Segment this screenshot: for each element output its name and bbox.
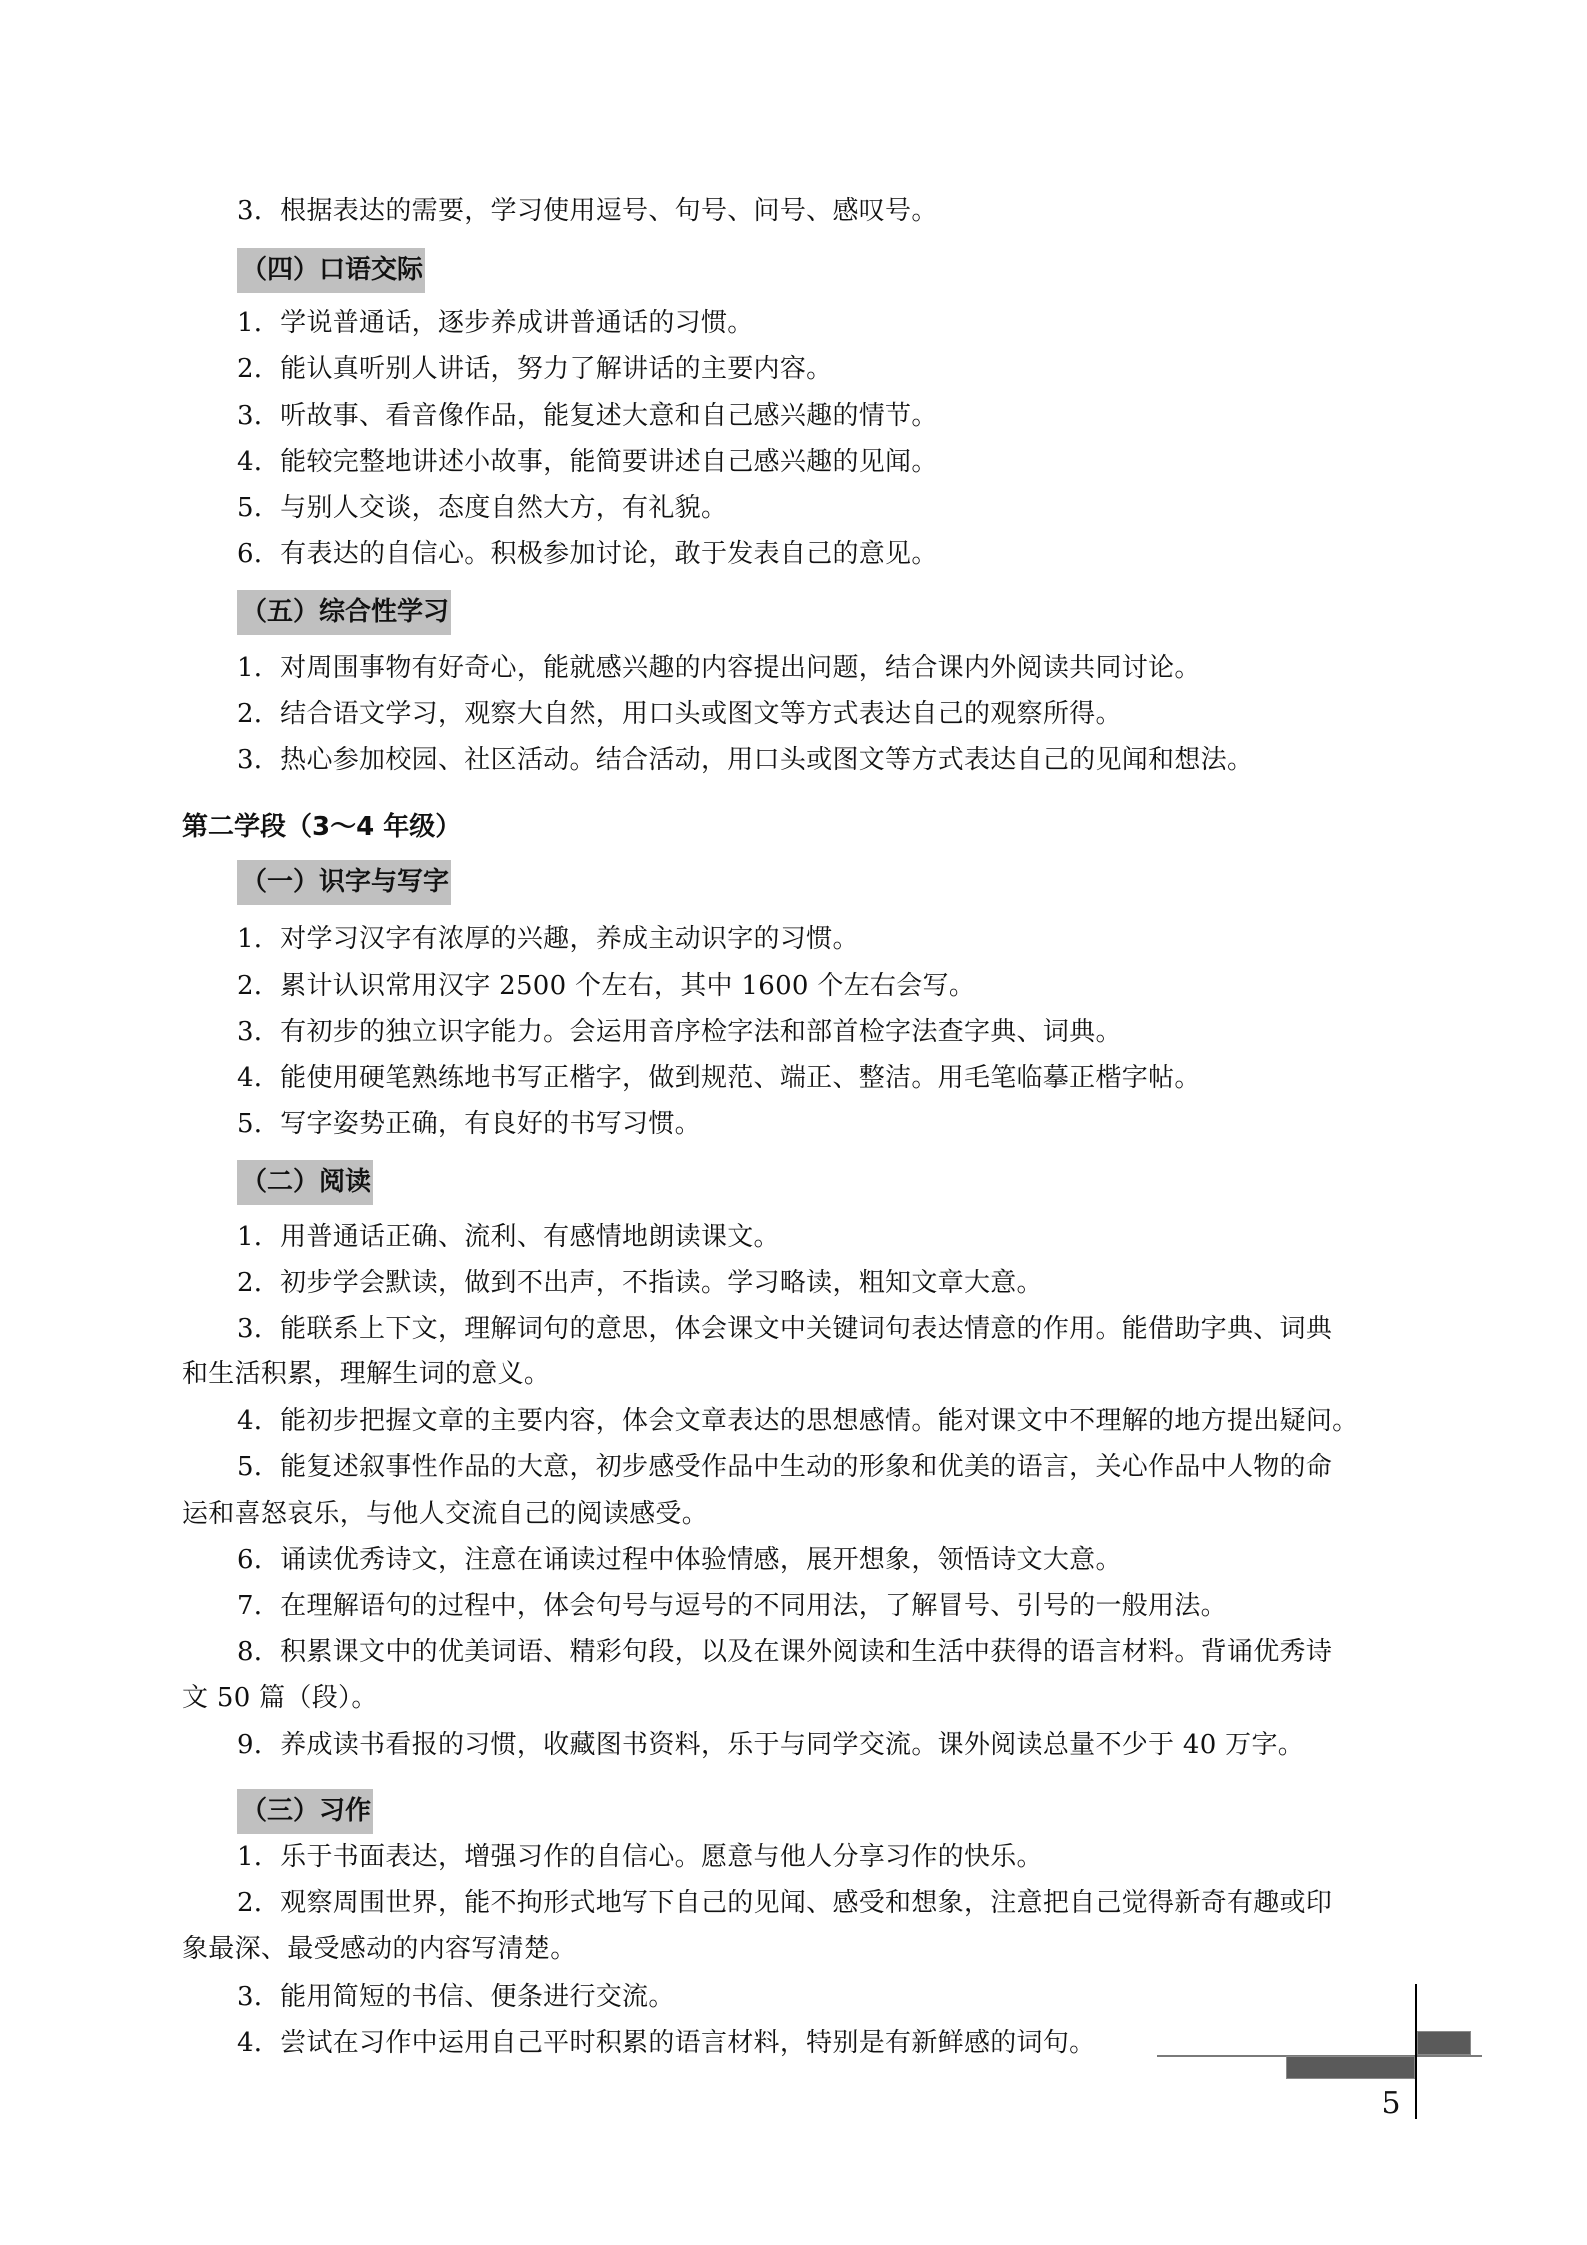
list-item: 6．有表达的自信心。积极参加讨论，敢于发表自己的意见。 [237,534,938,574]
list-item: 7．在理解语句的过程中，体会句号与逗号的不同用法，了解冒号、引号的一般用法。 [237,1586,1227,1626]
list-item-continuation: 文 50 篇（段）。 [182,1678,378,1718]
list-item: 5．与别人交谈，态度自然大方，有礼貌。 [237,488,727,528]
list-item: 2．观察周围世界，能不拘形式地写下自己的见闻、感受和想象，注意把自己觉得新奇有趣… [237,1883,1332,1923]
list-item: 8．积累课文中的优美词语、精彩句段，以及在课外阅读和生活中获得的语言材料。背诵优… [237,1632,1332,1672]
list-item: 1．学说普通话，逐步养成讲普通话的习惯。 [237,303,754,343]
stage-heading: 第二学段（3～4 年级） [182,807,461,847]
list-item: 3．能用简短的书信、便条进行交流。 [237,1977,675,2017]
list-item: 3．有初步的独立识字能力。会运用音序检字法和部首检字法查字典、词典。 [237,1012,1122,1052]
list-item: 1．对周围事物有好奇心，能就感兴趣的内容提出问题，结合课内外阅读共同讨论。 [237,648,1201,688]
list-item: 3．热心参加校园、社区活动。结合活动，用口头或图文等方式表达自己的见闻和想法。 [237,740,1253,780]
footer-spine-line [1415,1984,1417,2119]
list-item: 2．累计认识常用汉字 2500 个左右，其中 1600 个左右会写。 [237,966,975,1006]
page-number: 5 [1376,2086,1406,2122]
list-item: 2．结合语文学习，观察大自然，用口头或图文等方式表达自己的观察所得。 [237,694,1122,734]
list-item: 9．养成读书看报的习惯，收藏图书资料，乐于与同学交流。课外阅读总量不少于 40 … [237,1725,1304,1765]
footer-bar-right [1417,2031,1471,2055]
list-item: 5．能复述叙事性作品的大意，初步感受作品中生动的形象和优美的语言，关心作品中人物… [237,1447,1332,1487]
section-heading-oral-communication: （四）口语交际 [237,248,425,293]
list-item: 5．写字姿势正确，有良好的书写习惯。 [237,1104,701,1144]
section-heading-comprehensive-learning: （五）综合性学习 [237,590,451,635]
list-item: 3．听故事、看音像作品，能复述大意和自己感兴趣的情节。 [237,396,938,436]
list-item: 2．能认真听别人讲话，努力了解讲话的主要内容。 [237,349,832,389]
list-item-continuation: 象最深、最受感动的内容写清楚。 [182,1929,577,1969]
list-item: 1．用普通话正确、流利、有感情地朗读课文。 [237,1217,780,1257]
list-item-continuation: 和生活积累，理解生词的意义。 [182,1354,550,1394]
list-item: 4．尝试在习作中运用自己平时积累的语言材料，特别是有新鲜感的词句。 [237,2023,1095,2063]
section-heading-reading: （二）阅读 [237,1160,373,1205]
list-item: 6．诵读优秀诗文，注意在诵读过程中体验情感，展开想象，领悟诗文大意。 [237,1540,1122,1580]
footer-bar-left [1286,2056,1415,2079]
list-item: 1．乐于书面表达，增强习作的自信心。愿意与他人分享习作的快乐。 [237,1837,1043,1877]
list-item-continuation: 运和喜怒哀乐，与他人交流自己的阅读感受。 [182,1494,708,1534]
list-item: 3．能联系上下文，理解词句的意思，体会课文中关键词句表达情意的作用。能借助字典、… [237,1309,1332,1349]
list-item: 4．能较完整地讲述小故事，能简要讲述自己感兴趣的见闻。 [237,442,938,482]
list-item: 4．能使用硬笔熟练地书写正楷字，做到规范、端正、整洁。用毛笔临摹正楷字帖。 [237,1058,1201,1098]
punctuation-item: 3．根据表达的需要，学习使用逗号、句号、问号、感叹号。 [237,191,938,231]
list-item: 4．能初步把握文章的主要内容，体会文章表达的思想感情。能对课文中不理解的地方提出… [237,1401,1358,1441]
list-item: 1．对学习汉字有浓厚的兴趣，养成主动识字的习惯。 [237,919,859,959]
section-heading-writing: （三）习作 [237,1789,373,1834]
section-heading-literacy: （一）识字与写字 [237,860,451,905]
list-item: 2．初步学会默读，做到不出声，不指读。学习略读，粗知文章大意。 [237,1263,1043,1303]
